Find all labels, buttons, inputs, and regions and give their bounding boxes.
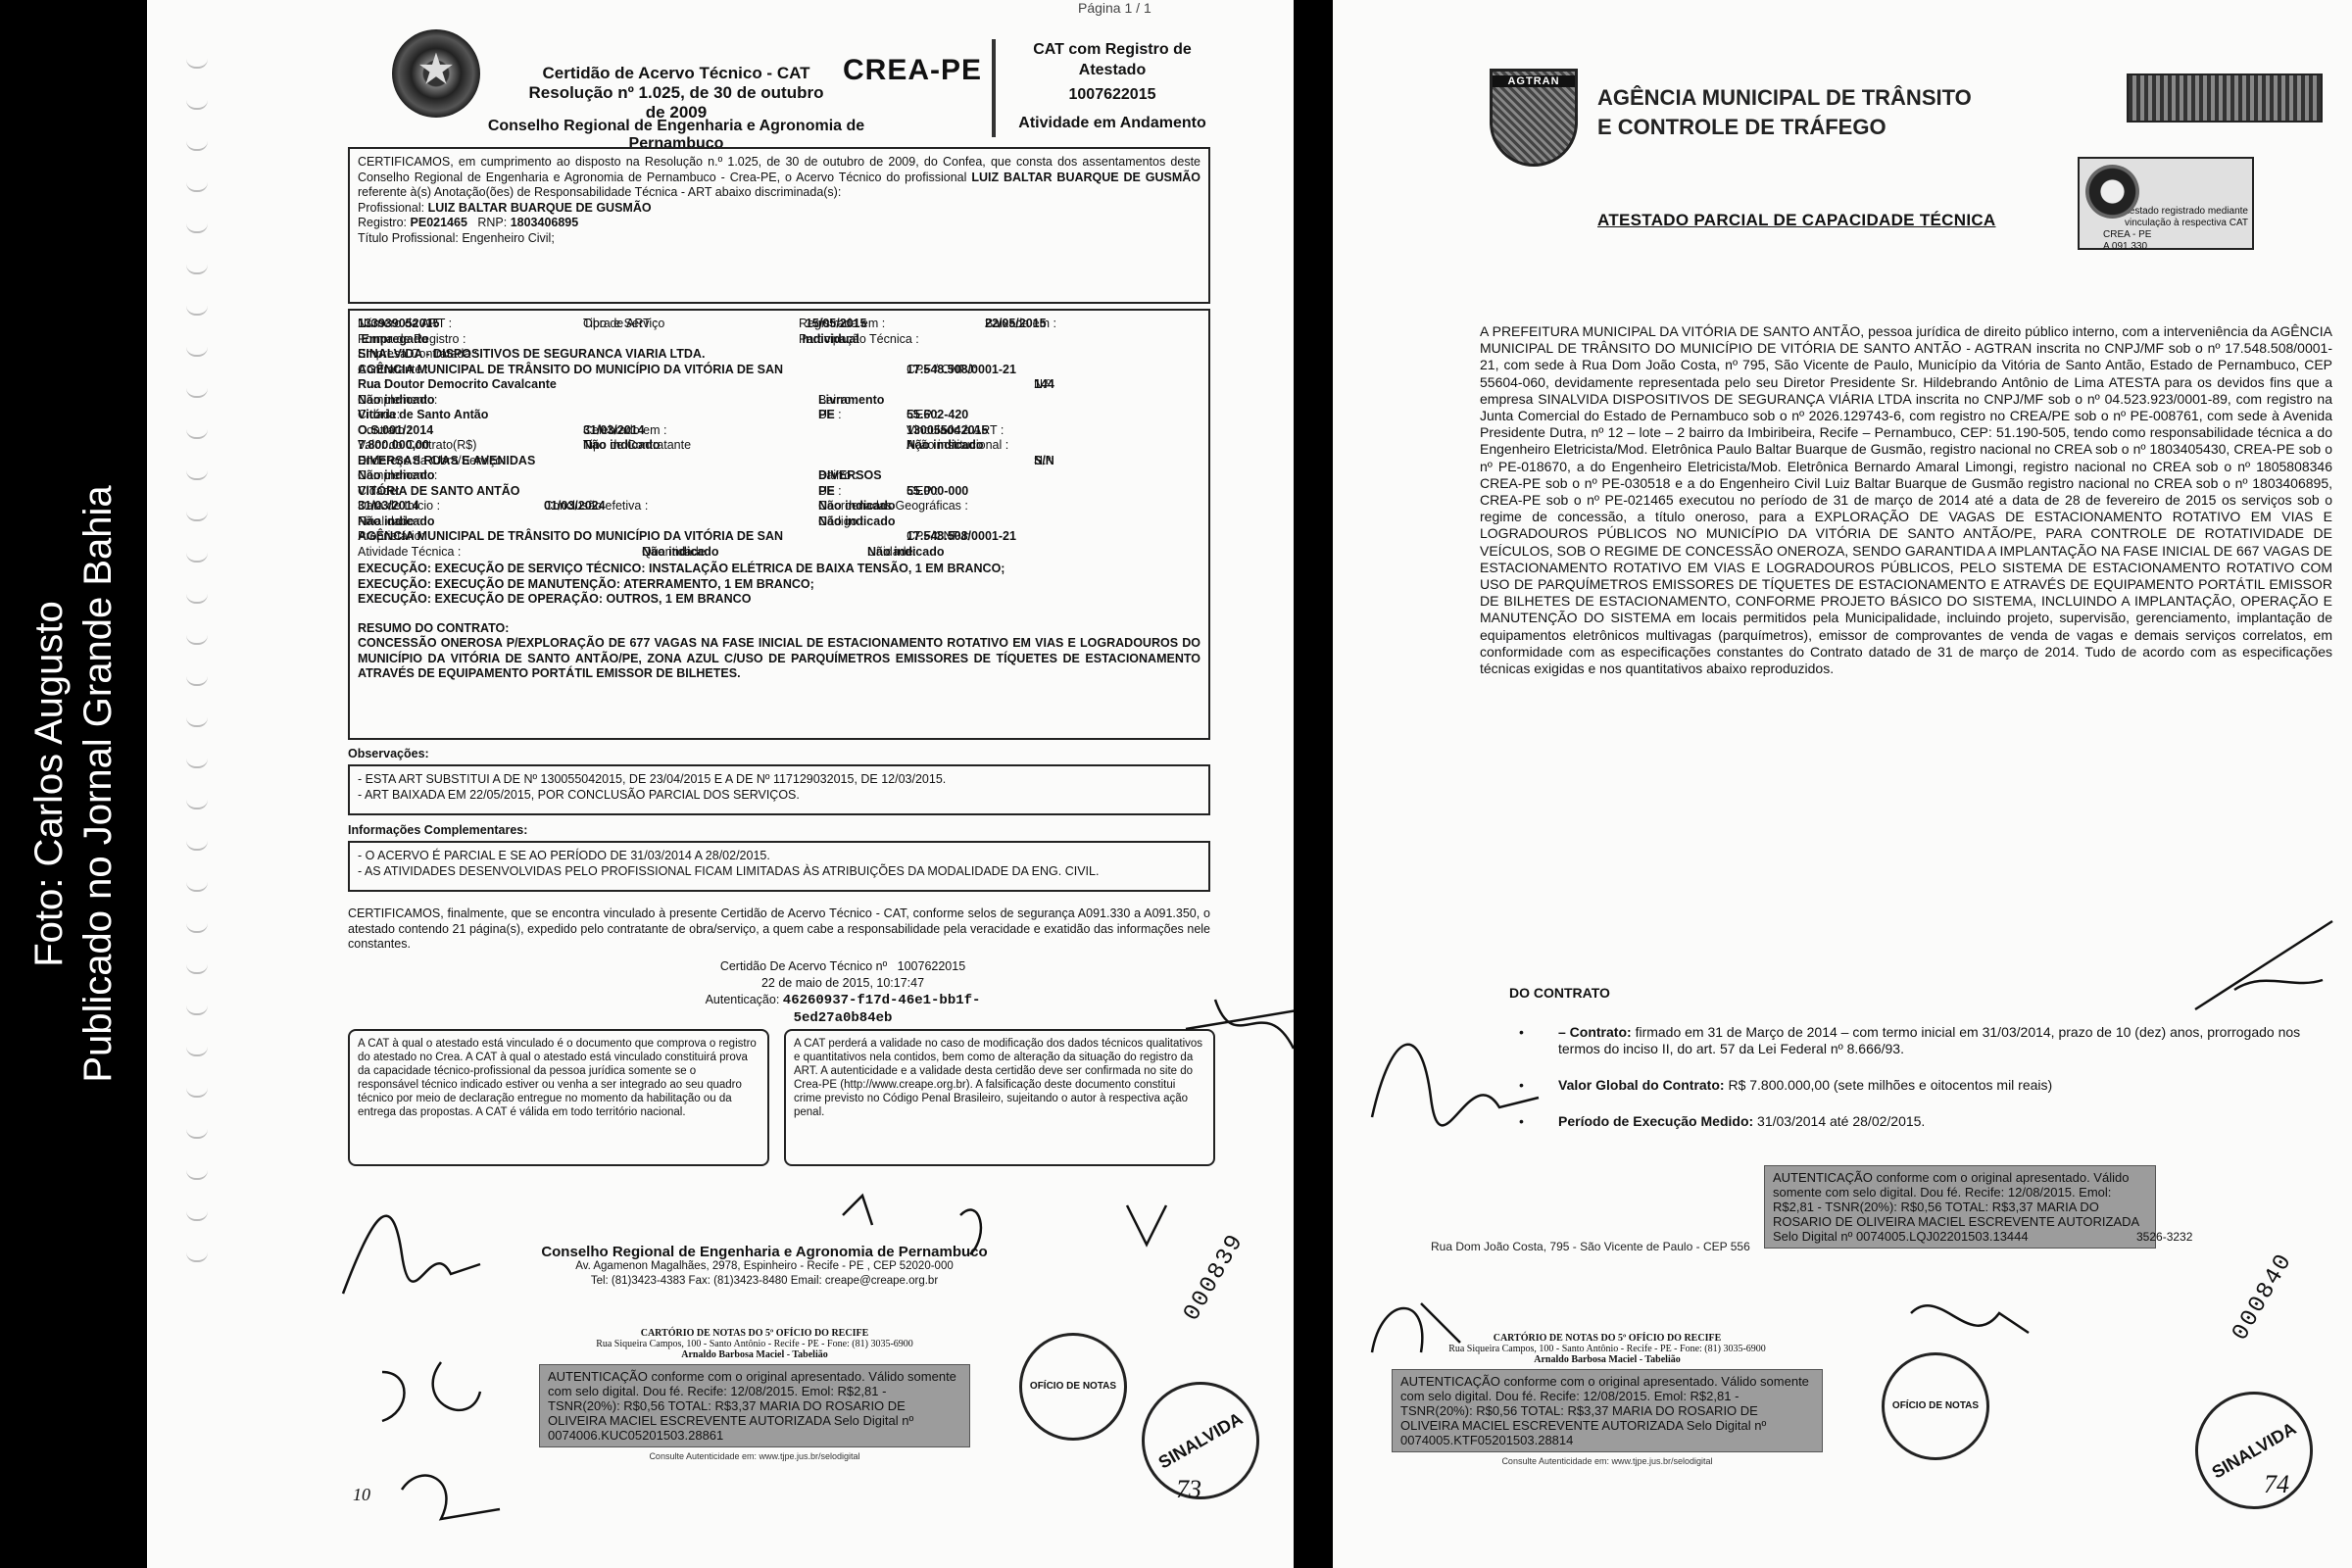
brazil-coat-of-arms-icon [392, 29, 480, 118]
contract-bullets: – Contrato: firmado em 31 de Março de 20… [1519, 1024, 2323, 1150]
signature-icon [363, 1343, 559, 1558]
crea-pe-logo: CREA-PE [843, 54, 982, 87]
signature-icon [333, 1176, 510, 1323]
initials-icon [833, 1176, 1245, 1294]
auth-code: 46260937-f17d-46e1-bb1f-5ed27a0b84eb [783, 993, 981, 1026]
atestado-body: A PREFEITURA MUNICIPAL DA VITÓRIA DE SAN… [1480, 323, 2332, 677]
art-details-box: Número da ART : 133939052015 Tipo de ART… [348, 309, 1210, 740]
notary-stamp: CARTÓRIO DE NOTAS DO 5º OFÍCIO DO RECIFE… [539, 1328, 970, 1463]
informacoes-label: Informações Complementares: [348, 823, 527, 837]
list-item: Período de Execução Medido: 31/03/2014 a… [1519, 1113, 2323, 1130]
cat-document-page: Página 1 / 1 Certidão de Acervo Técnico … [147, 0, 1294, 1568]
cat-registration-box: CAT com Registro de Atestado 1007622015 … [1004, 39, 1220, 133]
cat-number: 1007622015 [1004, 84, 1220, 105]
cat-title: Certidão de Acervo Técnico - CAT Resoluç… [519, 64, 833, 122]
signature-icon [1352, 1000, 1548, 1147]
sequence-number: 000840 [2228, 1249, 2299, 1346]
execucao-item: EXECUÇÃO: EXECUÇÃO DE MANUTENÇÃO: ATERRA… [358, 577, 1200, 593]
page-marker: Página 1 / 1 [1078, 0, 1151, 16]
atestado-document-page: AGTRAN AGÊNCIA MUNICIPAL DE TRÂNSITO E C… [1333, 0, 2352, 1568]
crea-seal-icon [2085, 165, 2139, 219]
agtran-shield-logo: AGTRAN [1490, 69, 1578, 167]
handwritten-page-number: 73 [1176, 1475, 1201, 1504]
photo-credit-line1: Foto: Carlos Augusto [24, 485, 73, 1082]
atestado-title: ATESTADO PARCIAL DE CAPACIDADE TÉCNICA [1597, 211, 1996, 230]
informacoes-box: - O ACERVO É PARCIAL E SE AO PERÍODO DE … [348, 841, 1210, 892]
handwritten-page-number: 74 [2264, 1470, 2289, 1499]
sinalvida-seal-icon: SINALVIDA [2174, 1370, 2334, 1531]
cat-notes-right: A CAT perderá a validade no caso de modi… [784, 1029, 1215, 1166]
binder-holes [186, 59, 216, 1294]
final-certification: CERTIFICAMOS, finalmente, que se encontr… [348, 906, 1210, 953]
certification-box: CERTIFICAMOS, em cumprimento ao disposto… [348, 147, 1210, 304]
execucao-item: EXECUÇÃO: EXECUÇÃO DE OPERAÇÃO: OUTROS, … [358, 592, 1200, 608]
agency-phone: 3526-3232 [2136, 1230, 2192, 1244]
agency-address: Rua Dom João Costa, 795 - São Vicente de… [1431, 1240, 1750, 1253]
signature-icon [2176, 902, 2352, 1039]
header-divider [992, 39, 996, 137]
signature-icon [1176, 980, 1294, 1068]
notary-seal-icon: OFÍCIO DE NOTAS [1019, 1333, 1127, 1441]
cat-footer: Certidão De Acervo Técnico nº 1007622015… [657, 958, 1029, 1027]
resumo-text: CONCESSÃO ONEROSA P/EXPLORAÇÃO DE 677 VA… [358, 636, 1200, 682]
execucao-item: EXECUÇÃO: EXECUÇÃO DE SERVIÇO TÉCNICO: I… [358, 562, 1200, 577]
contract-section-label: DO CONTRATO [1509, 985, 1610, 1001]
observacoes-box: - ESTA ART SUBSTITUI A DE Nº 13005504201… [348, 764, 1210, 815]
photo-credit-strip: Foto: Carlos Augusto Publicado no Jornal… [0, 0, 147, 1568]
signature-icon [1901, 1274, 2038, 1372]
agency-title: AGÊNCIA MUNICIPAL DE TRÂNSITO E CONTROLE… [1597, 83, 1972, 142]
photo-credit-line2: Publicado no Jornal Grande Bahia [73, 485, 122, 1082]
page-gap [1294, 0, 1333, 1568]
prefeitura-logo [2127, 73, 2323, 122]
list-item: Valor Global do Contrato: R$ 7.800.000,0… [1519, 1077, 2323, 1094]
cat-notes-left: A CAT à qual o atestado está vinculado é… [348, 1029, 769, 1166]
crea-registration-stamp: Atestado registrado mediante vinculação … [2078, 157, 2254, 250]
cat-status: Atividade em Andamento [1004, 113, 1220, 133]
notary-stamp-upper: AUTENTICAÇÃO conforme com o original apr… [1764, 1161, 2156, 1249]
photo-credit: Foto: Carlos Augusto Publicado no Jornal… [24, 485, 122, 1082]
observacoes-label: Observações: [348, 747, 429, 760]
authentication-stamp: AUTENTICAÇÃO conforme com o original apr… [539, 1364, 970, 1447]
resumo-label: RESUMO DO CONTRATO: [358, 621, 1200, 637]
authentication-stamp: AUTENTICAÇÃO conforme com o original apr… [1392, 1369, 1823, 1452]
initials-icon [1352, 1274, 1470, 1372]
